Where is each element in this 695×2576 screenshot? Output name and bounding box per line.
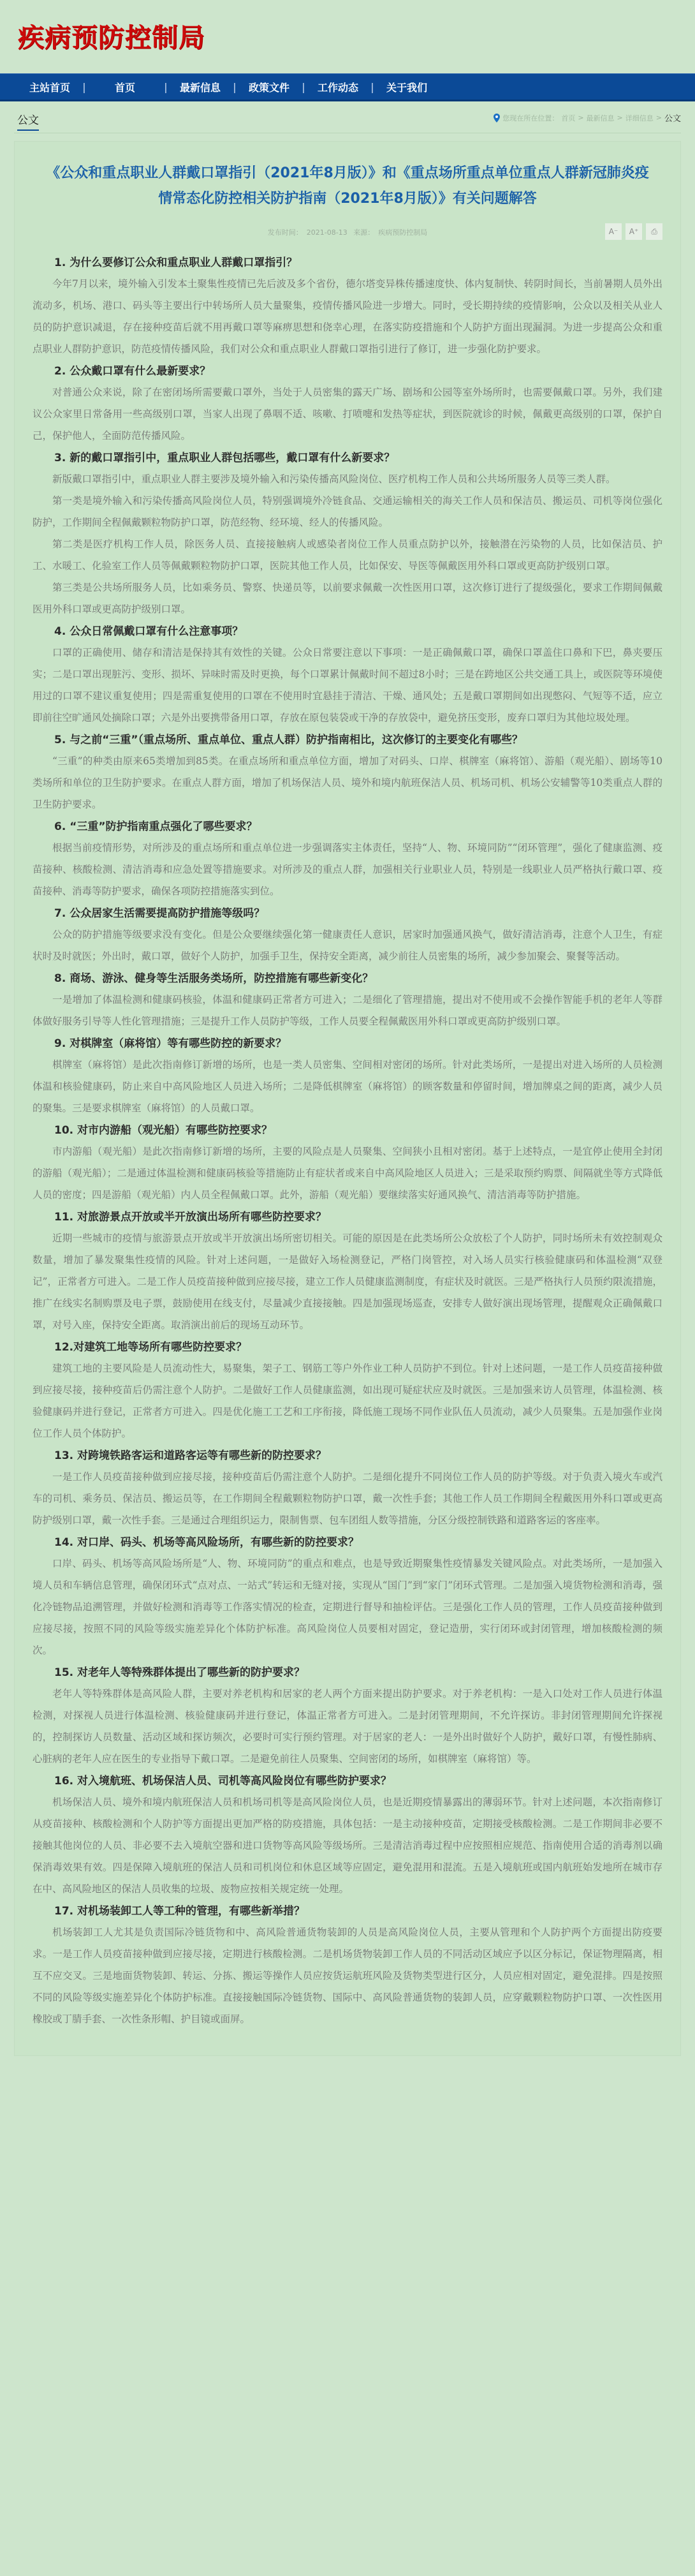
question-heading: 8. 商场、游泳、健身等生活服务类场所，防控措施有哪些新变化？ (33, 968, 662, 989)
question-heading: 10. 对市内游船（观光船）有哪些防控要求？ (33, 1120, 662, 1141)
answer-paragraph: 第一类是境外输入和污染传播高风险岗位人员，特别强调境外冷链食品、交通运输相关的海… (33, 490, 662, 533)
breadcrumb-prefix: 您现在所在位置： (502, 113, 559, 123)
nav-separator: | (295, 81, 312, 93)
answer-paragraph: “三重”的种类由原来65类增加到85类。在重点场所和重点单位方面，增加了对码头、… (33, 750, 662, 815)
answer-paragraph: 建筑工地的主要风险是人员流动性大，易聚集，架子工、钢筋工等户外作业工种人员防护不… (33, 1358, 662, 1444)
answer-paragraph: 口岸、码头、机场等高风险场所是“人、物、环境同防”的重点和难点，也是导致近期聚集… (33, 1553, 662, 1661)
nav-separator: | (363, 81, 381, 93)
question-heading: 14. 对口岸、码头、机场等高风险场所，有哪些新的防控要求？ (33, 1532, 662, 1553)
print-icon[interactable]: ⎙ (646, 223, 662, 240)
breadcrumb-separator: > (617, 114, 623, 122)
breadcrumb-separator: > (578, 114, 583, 122)
answer-paragraph: 根据当前疫情形势，对所涉及的重点场所和重点单位进一步强调落实主体责任，坚持“人、… (33, 837, 662, 902)
article-tools: A⁻ A⁺ ⎙ (605, 223, 662, 240)
article-meta: 发布时间：2021-08-13 来源：疾病预防控制局 (33, 227, 662, 237)
question-heading: 2. 公众戴口罩有什么最新要求？ (33, 361, 662, 381)
question-heading: 9. 对棋牌室（麻将馆）等有哪些防控的新要求？ (33, 1033, 662, 1054)
section-label: 公文 (17, 111, 39, 131)
question-heading: 11. 对旅游景点开放或半开放演出场所有哪些防控要求？ (33, 1207, 662, 1227)
source-label: 来源： (353, 228, 374, 237)
breadcrumb-separator: > (656, 114, 662, 122)
answer-paragraph: 市内游船（观光船）是此次指南修订新增的场所，主要的风险点是人员聚集、空间狭小且相… (33, 1141, 662, 1206)
nav-separator: | (157, 81, 175, 93)
source-value: 疾病预防控制局 (378, 228, 427, 237)
question-heading: 15. 对老年人等特殊群体提出了哪些新的防护要求？ (33, 1662, 662, 1683)
site-title[interactable]: 疾病预防控制局 (18, 17, 205, 54)
breadcrumb-item-home[interactable]: 首页 (561, 113, 575, 123)
nav-separator: | (226, 81, 244, 93)
question-heading: 13. 对跨境铁路客运和道路客运等有哪些新的防控要求？ (33, 1446, 662, 1466)
breadcrumb-item-latest-news[interactable]: 最新信息 (587, 113, 615, 123)
publish-date: 2021-08-13 (307, 228, 347, 237)
answer-paragraph: 一是工作人员疫苗接种做到应接尽接，接种疫苗后仍需注意个人防护。二是细化提升不同岗… (33, 1466, 662, 1531)
nav-item-about-us[interactable]: 关于我们 (381, 80, 432, 94)
question-heading: 17. 对机场装卸工人等工种的管理，有哪些新举措？ (33, 1901, 662, 1921)
site-header: 疾病预防控制局 (0, 0, 695, 73)
breadcrumb-current: 公文 (664, 112, 681, 124)
nav-separator: | (75, 81, 93, 93)
answer-paragraph: 对普通公众来说，除了在密闭场所需要戴口罩外，当处于人员密集的露天广场、剧场和公园… (33, 381, 662, 447)
answer-paragraph: 近期一些城市的疫情与旅游景点开放或半开放演出场所密切相关。可能的原因是在此类场所… (33, 1227, 662, 1336)
answer-paragraph: 公众的防护措施等级要求没有变化。但是公众要继续强化第一健康责任人意识，居家时加强… (33, 924, 662, 967)
nav-item-work-updates[interactable]: 工作动态 (312, 80, 363, 94)
font-increase-button[interactable]: A⁺ (625, 223, 642, 240)
nav-item-main-home[interactable]: 主站首页 (24, 80, 75, 94)
question-heading: 16. 对入境航班、机场保洁人员、司机等高风险岗位有哪些防护要求？ (33, 1771, 662, 1791)
breadcrumb-item-details[interactable]: 详细信息 (625, 113, 654, 123)
question-heading: 5. 与之前“三重”（重点场所、重点单位、重点人群）防护指南相比，这次修订的主要… (33, 730, 662, 750)
answer-paragraph: 新版戴口罩指引中，重点职业人群主要涉及境外输入和污染传播高风险岗位、医疗机构工作… (33, 468, 662, 490)
answer-paragraph: 第三类是公共场所服务人员，比如乘务员、警察、快递员等，以前要求佩戴一次性医用口罩… (33, 577, 662, 620)
question-heading: 6. “三重”防护指南重点强化了哪些要求？ (33, 817, 662, 837)
answer-paragraph: 口罩的正确使用、储存和清洁是保持其有效性的关键。公众日常要注意以下事项：一是正确… (33, 642, 662, 729)
answer-paragraph: 一是增加了体温检测和健康码核验，体温和健康码正常者方可进入；二是细化了管理措施，… (33, 989, 662, 1032)
question-heading: 7. 公众居家生活需要提高防护措施等级吗？ (33, 903, 662, 924)
breadcrumb: 您现在所在位置： 首页 > 最新信息 > 详细信息 > 公文 (494, 112, 681, 124)
question-heading: 12.对建筑工地等场所有哪些防控要求？ (33, 1337, 662, 1358)
answer-paragraph: 机场装卸工人尤其是负责国际冷链货物和中、高风险普通货物装卸的人员是高风险岗位人员… (33, 1921, 662, 2030)
question-heading: 3. 新的戴口罩指引中，重点职业人群包括哪些，戴口罩有什么新要求？ (33, 448, 662, 468)
nav-item-policy-documents[interactable]: 政策文件 (244, 80, 295, 94)
answer-paragraph: 机场保洁人员、境外和境内航班保洁人员和机场司机等是高风险岗位人员，也是近期疫情暴… (33, 1791, 662, 1900)
question-heading: 1. 为什么要修订公众和重点职业人群戴口罩指引？ (33, 253, 662, 273)
article: 《公众和重点职业人群戴口罩指引（2021年8月版）》和《重点场所重点单位重点人群… (14, 141, 681, 2056)
font-decrease-button[interactable]: A⁻ (605, 223, 622, 240)
nav-item-latest-news[interactable]: 最新信息 (175, 80, 226, 94)
answer-paragraph: 棋牌室（麻将馆）是此次指南修订新增的场所，也是一类人员密集、空间相对密闭的场所。… (33, 1054, 662, 1119)
publish-label: 发布时间： (268, 228, 303, 237)
nav-item-home[interactable]: 首页 (93, 80, 157, 94)
answer-paragraph: 老年人等特殊群体是高风险人群，主要对养老机构和居家的老人两个方面来提出防护要求。… (33, 1683, 662, 1770)
question-heading: 4. 公众日常佩戴口罩有什么注意事项？ (33, 621, 662, 642)
answer-paragraph: 第二类是医疗机构工作人员，除医务人员、直接接触病人或感染者岗位工作人员重点防护以… (33, 533, 662, 577)
article-title: 《公众和重点职业人群戴口罩指引（2021年8月版）》和《重点场所重点单位重点人群… (33, 161, 662, 212)
location-pin-icon (494, 114, 500, 122)
article-content: 1. 为什么要修订公众和重点职业人群戴口罩指引？今年7月以来，境外输入引发本土聚… (33, 253, 662, 2030)
main-nav: 主站首页 | 首页 | 最新信息 | 政策文件 | 工作动态 | 关于我们 (0, 73, 695, 101)
article-meta-row: 发布时间：2021-08-13 来源：疾病预防控制局 A⁻ A⁺ ⎙ (33, 221, 662, 246)
breadcrumb-bar: 公文 您现在所在位置： 首页 > 最新信息 > 详细信息 > 公文 (14, 101, 681, 133)
answer-paragraph: 今年7月以来，境外输入引发本土聚集性疫情已先后波及多个省份，德尔塔变异株传播速度… (33, 273, 662, 360)
